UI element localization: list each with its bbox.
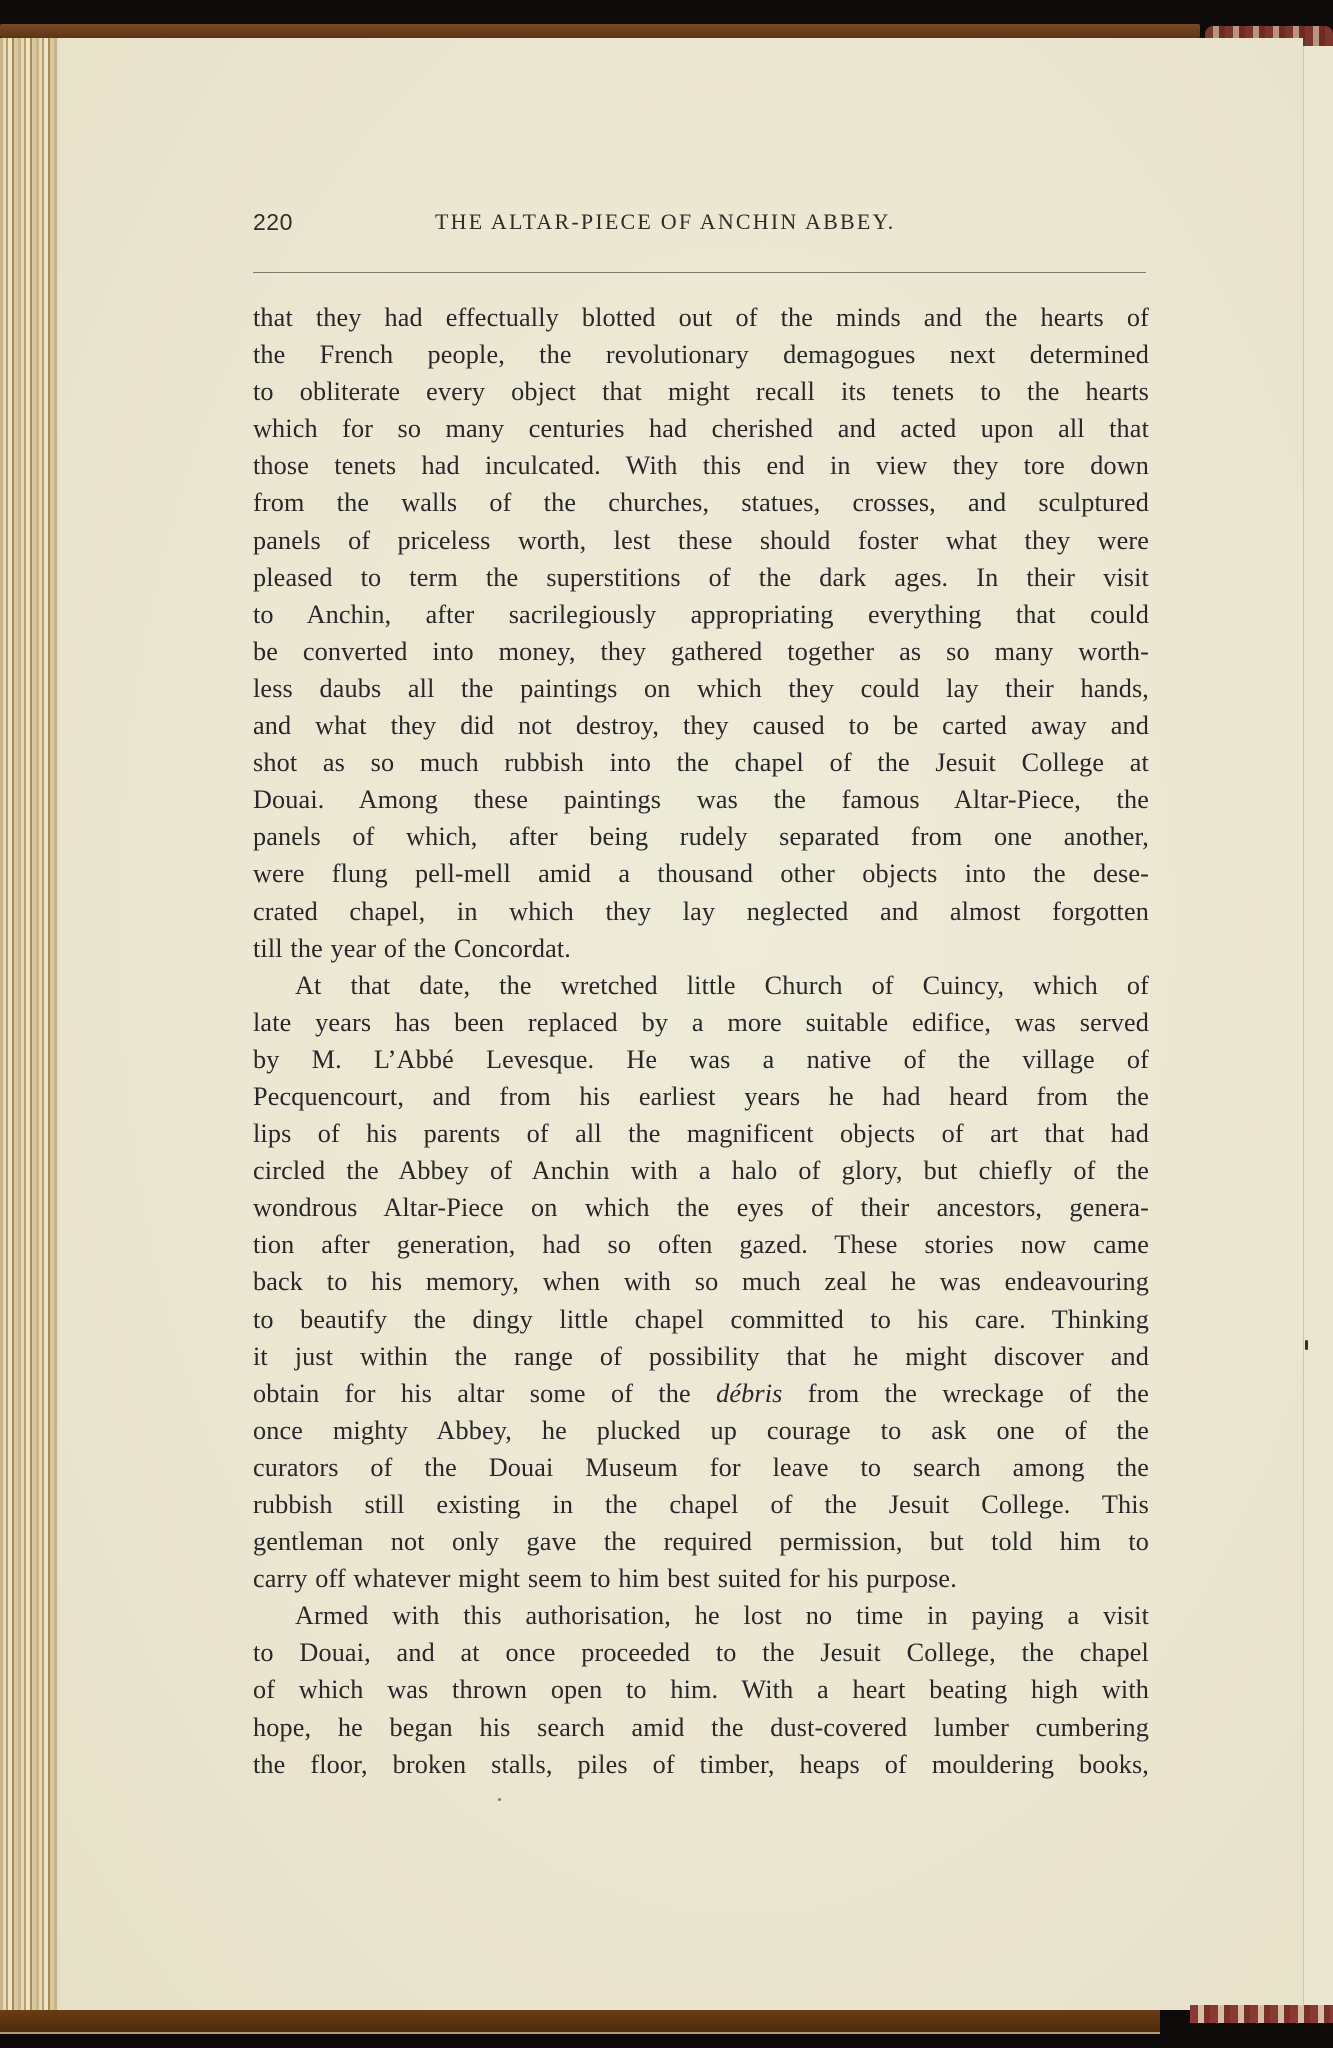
italic-word: débris [716, 1379, 782, 1408]
text-line: Douai. Among these paintings was the fam… [253, 781, 1149, 818]
text-line: crated chapel, in which they lay neglect… [253, 893, 1149, 930]
text-line: circled the Abbey of Anchin with a halo … [253, 1152, 1149, 1189]
text-line: less daubs all the paintings on which th… [253, 670, 1149, 707]
running-head: 220 THE ALTAR-PIECE OF ANCHIN ABBEY. [253, 209, 1146, 239]
paragraph: that they had effectually blotted out of… [253, 299, 1149, 967]
text-line: of which was thrown open to him. With a … [253, 1671, 1149, 1708]
text-line: the floor, broken stalls, piles of timbe… [253, 1746, 1149, 1783]
page-number: 220 [253, 209, 293, 236]
text-line: be converted into money, they gathered t… [253, 633, 1149, 670]
text-line: curators of the Douai Museum for leave t… [253, 1449, 1149, 1486]
text-line: that they had effectually blotted out of… [253, 299, 1149, 336]
text-run: obtain for his altar some of the [253, 1379, 716, 1408]
paragraph: Armed with this authorisation, he lost n… [253, 1597, 1149, 1782]
text-line: from the walls of the churches, statues,… [253, 484, 1149, 521]
text-line: which for so many centuries had cherishe… [253, 410, 1149, 447]
text-line: back to his memory, when with so much ze… [253, 1263, 1149, 1300]
text-line: wondrous Altar-Piece on which the eyes o… [253, 1189, 1149, 1226]
book-tailband [1190, 2005, 1333, 2023]
text-line: shot as so much rubbish into the chapel … [253, 744, 1149, 781]
body-text: that they had effectually blotted out of… [253, 299, 1149, 1783]
text-line: tion after generation, had so often gaze… [253, 1226, 1149, 1263]
text-line: the French people, the revolutionary dem… [253, 336, 1149, 373]
text-line: Pecquencourt, and from his earliest year… [253, 1078, 1149, 1115]
text-line: once mighty Abbey, he plucked up courage… [253, 1412, 1149, 1449]
running-title: THE ALTAR-PIECE OF ANCHIN ABBEY. [435, 209, 895, 235]
text-line: by M. L’Abbé Levesque. He was a native o… [253, 1041, 1149, 1078]
text-line: pleased to term the superstitions of the… [253, 559, 1149, 596]
text-line: hope, he began his search amid the dust-… [253, 1709, 1149, 1746]
paper-blemish [1305, 1340, 1308, 1350]
page-block-edge [0, 38, 58, 2010]
text-line: panels of which, after being rudely sepa… [253, 818, 1149, 855]
text-line: gentleman not only gave the required per… [253, 1523, 1149, 1560]
text-line: to beautify the dingy little chapel comm… [253, 1301, 1149, 1338]
text-line: to obliterate every object that might re… [253, 373, 1149, 410]
text-line: to Anchin, after sacrilegiously appropri… [253, 596, 1149, 633]
text-run: from the wreckage of the [783, 1379, 1150, 1408]
text-line: and what they did not destroy, they caus… [253, 707, 1149, 744]
book-cover-top-edge [0, 24, 1200, 38]
text-line-with-italic: obtain for his altar some of the débris … [253, 1375, 1149, 1412]
text-line: late years has been replaced by a more s… [253, 1004, 1149, 1041]
text-line: those tenets had inculcated. With this e… [253, 447, 1149, 484]
text-line: to Douai, and at once proceeded to the J… [253, 1634, 1149, 1671]
text-line: Armed with this authorisation, he lost n… [253, 1597, 1149, 1634]
book-cover-bottom-edge [0, 2010, 1160, 2034]
text-line: panels of priceless worth, lest these sh… [253, 522, 1149, 559]
text-line: were flung pell-mell amid a thousand oth… [253, 855, 1149, 892]
paragraph: At that date, the wretched little Church… [253, 967, 1149, 1598]
text-line: carry off whatever might seem to him bes… [253, 1560, 1149, 1597]
adjacent-page-edge [1303, 46, 1333, 2010]
header-rule [253, 272, 1146, 273]
text-line: rubbish still existing in the chapel of … [253, 1486, 1149, 1523]
text-line: till the year of the Concordat. [253, 930, 1149, 967]
text-line: At that date, the wretched little Church… [253, 967, 1149, 1004]
text-line: lips of his parents of all the magnifice… [253, 1115, 1149, 1152]
text-line: it just within the range of possibility … [253, 1338, 1149, 1375]
paper-blemish [498, 1798, 501, 1801]
